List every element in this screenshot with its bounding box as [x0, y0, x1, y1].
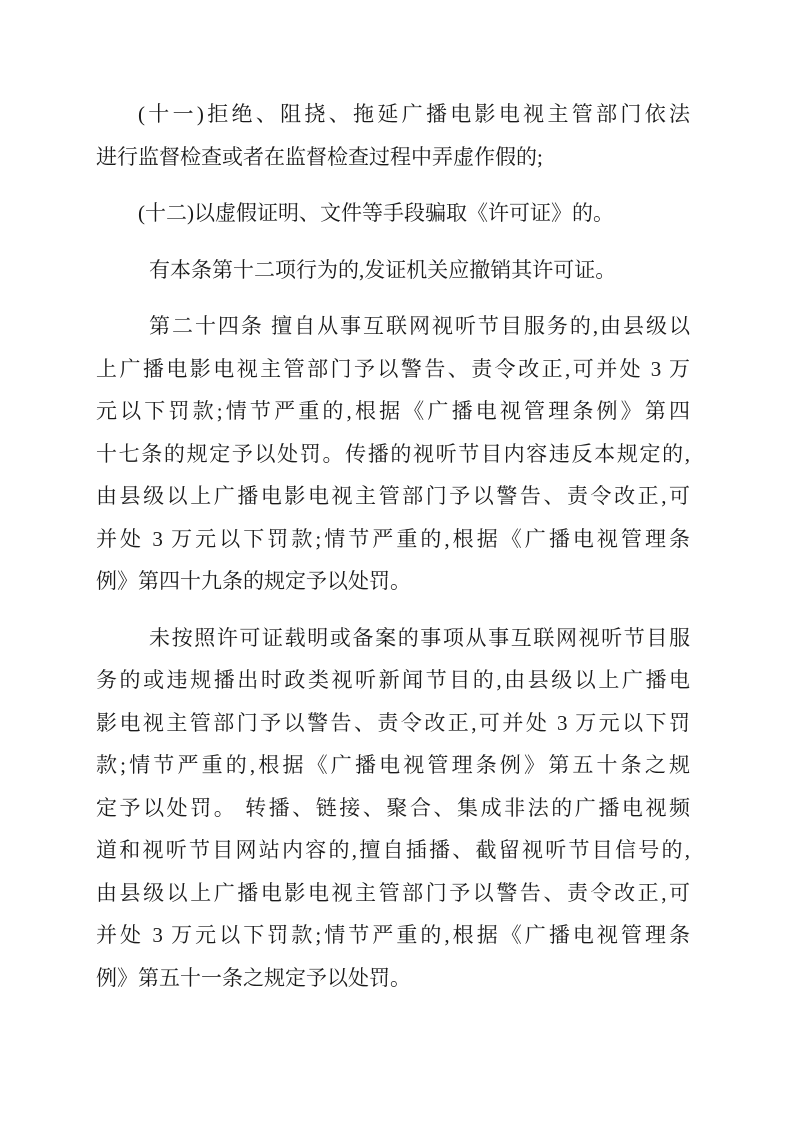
text-line: 由县级以上广播电影电视主管部门予以警告、责令改正,可: [96, 872, 690, 915]
text-line: 进行监督检查或者在监督检查过程中弄虚作假的;: [96, 136, 690, 179]
text-line: 元以下罚款;情节严重的,根据《广播电视管理条例》第四: [96, 390, 690, 433]
text-line: (十二)以虚假证明、文件等手段骗取《许可证》的。: [96, 192, 690, 235]
text-line: 上广播电影电视主管部门予以警告、责令改正,可并处 3 万: [96, 348, 690, 391]
text-line: 并处 3 万元以下罚款;情节严重的,根据《广播电视管理条: [96, 914, 690, 957]
text-line: 道和视听节目网站内容的,擅自插播、截留视听节目信号的,: [96, 829, 690, 872]
text-line: 十七条的规定予以处罚。传播的视听节目内容违反本规定的,: [96, 433, 690, 476]
document-body: (十一)拒绝、阻挠、拖延广播电影电视主管部门依法进行监督检查或者在监督检查过程中…: [96, 93, 690, 999]
text-line: 有本条第十二项行为的,发证机关应撤销其许可证。: [96, 249, 690, 292]
text-line: 款;情节严重的,根据《广播电视管理条例》第五十条之规: [96, 744, 690, 787]
text-line: 由县级以上广播电影电视主管部门予以警告、责令改正,可: [96, 475, 690, 518]
paragraph: (十二)以虚假证明、文件等手段骗取《许可证》的。: [96, 192, 690, 235]
text-line: 并处 3 万元以下罚款;情节严重的,根据《广播电视管理条: [96, 518, 690, 561]
paragraph: 有本条第十二项行为的,发证机关应撤销其许可证。: [96, 249, 690, 292]
text-line: 例》第四十九条的规定予以处罚。: [96, 560, 690, 603]
document-page: (十一)拒绝、阻挠、拖延广播电影电视主管部门依法进行监督检查或者在监督检查过程中…: [0, 0, 793, 1122]
text-line: 第二十四条 擅自从事互联网视听节目服务的,由县级以: [96, 305, 690, 348]
paragraph: 第二十四条 擅自从事互联网视听节目服务的,由县级以上广播电影电视主管部门予以警告…: [96, 305, 690, 603]
paragraph: 未按照许可证载明或备案的事项从事互联网视听节目服务的或违规播出时政类视听新闻节目…: [96, 617, 690, 1000]
text-line: (十一)拒绝、阻挠、拖延广播电影电视主管部门依法: [96, 93, 690, 136]
text-line: 未按照许可证载明或备案的事项从事互联网视听节目服: [96, 617, 690, 660]
text-line: 例》第五十一条之规定予以处罚。: [96, 957, 690, 1000]
text-line: 务的或违规播出时政类视听新闻节目的,由县级以上广播电: [96, 659, 690, 702]
text-line: 影电视主管部门予以警告、责令改正,可并处 3 万元以下罚: [96, 702, 690, 745]
text-line: 定予以处罚。 转播、链接、聚合、集成非法的广播电视频: [96, 787, 690, 830]
paragraph: (十一)拒绝、阻挠、拖延广播电影电视主管部门依法进行监督检查或者在监督检查过程中…: [96, 93, 690, 178]
